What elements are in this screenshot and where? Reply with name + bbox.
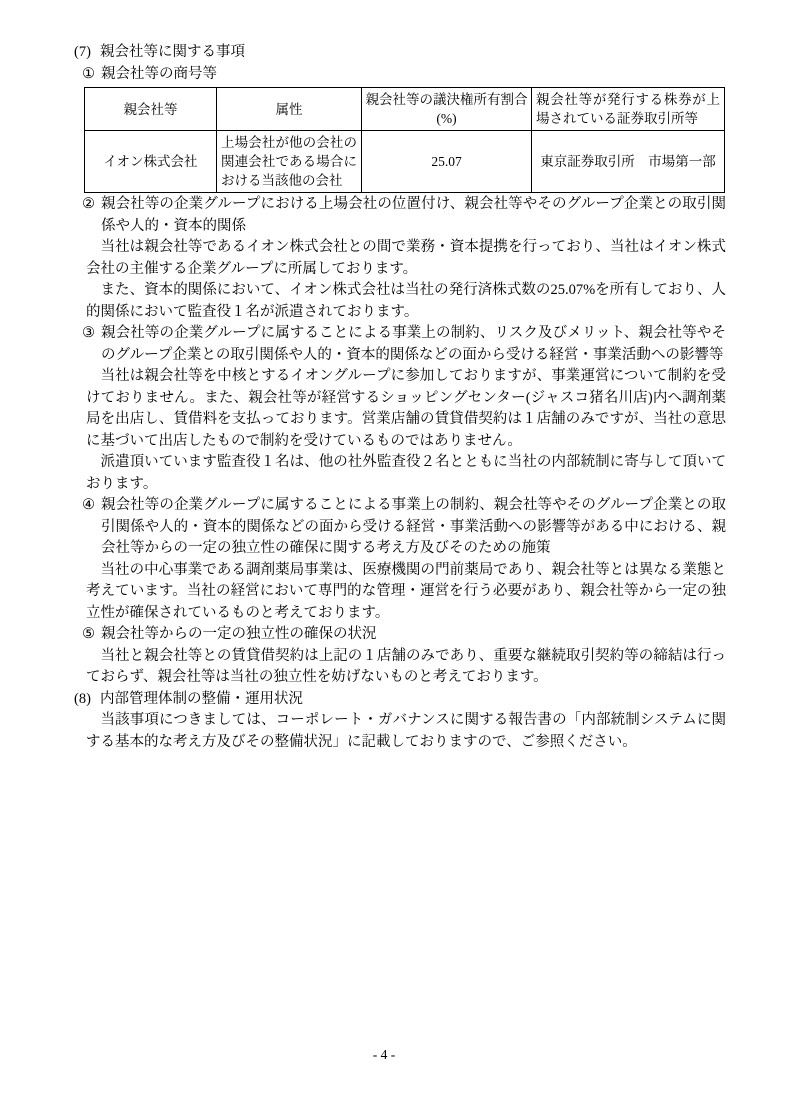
item-3-paragraph-2: 派遣頂いています監査役１名は、他の社外監査役２名とともに当社の内部統制に寄与して… (86, 452, 726, 495)
section-8-paragraph-1: 当該事項につきましては、コーポレート・ガバナンスに関する報告書の「内部統制システ… (86, 710, 726, 753)
item-2-title: 親会社等の企業グループにおける上場会社の位置付け、親会社等やそのグループ企業との… (101, 196, 726, 234)
item-4-number: ④ (82, 495, 95, 517)
header-voting-ratio-line2: (%) (436, 111, 456, 126)
item-3-heading: ③ 親会社等の企業グループに属することによる事業上の制約、リスク及びメリット、親… (82, 323, 726, 366)
item-2-number: ② (82, 194, 95, 216)
item-1-title: 親会社等の商号等 (101, 66, 217, 82)
cell-attribute: 上場会社が他の会社の関連会社である場合における当該他の会社 (217, 131, 362, 193)
item-1-number: ① (82, 64, 95, 86)
cell-parent-company: イオン株式会社 (85, 131, 217, 193)
item-4-title: 親会社等の企業グループに属することによる事業上の制約、親会社等やそのグループ企業… (101, 497, 726, 556)
item-2-paragraph-1: 当社は親会社等であるイオン株式会社との間で業務・資本提携を行っており、当社はイオ… (86, 237, 726, 280)
item-2-heading: ② 親会社等の企業グループにおける上場会社の位置付け、親会社等やそのグループ企業… (82, 194, 726, 237)
section-8-number: (8) (74, 689, 91, 711)
header-exchange: 親会社等が発行する株券が上場されている証券取引所等 (532, 88, 725, 131)
section-7-title: 親会社等に関する事項 (100, 44, 245, 60)
header-voting-ratio: 親会社等の議決権所有割合 (%) (362, 88, 532, 131)
cell-voting-ratio: 25.07 (362, 131, 532, 193)
table-header-row: 親会社等 属性 親会社等の議決権所有割合 (%) 親会社等が発行する株券が上場さ… (85, 88, 725, 131)
header-voting-ratio-line1: 親会社等の議決権所有割合 (366, 92, 528, 107)
item-3-number: ③ (82, 323, 95, 345)
item-5-number: ⑤ (82, 624, 95, 646)
item-5-heading: ⑤ 親会社等からの一定の独立性の確保の状況 (82, 624, 726, 646)
item-3-paragraph-1: 当社は親会社等を中核とするイオングループに参加しておりますが、事業運営について制… (86, 366, 726, 452)
item-5-paragraph-1: 当社と親会社等との賃貸借契約は上記の１店舗のみであり、重要な継続取引契約等の締結… (86, 646, 726, 689)
item-5-title: 親会社等からの一定の独立性の確保の状況 (101, 626, 377, 642)
item-4-heading: ④ 親会社等の企業グループに属することによる事業上の制約、親会社等やそのグループ… (82, 495, 726, 560)
document-body: (7) 親会社等に関する事項 ① 親会社等の商号等 親会社等 属性 親会社等の議… (74, 42, 726, 753)
item-3-title: 親会社等の企業グループに属することによる事業上の制約、リスク及びメリット、親会社… (101, 325, 726, 363)
section-8-heading: (8) 内部管理体制の整備・運用状況 (74, 689, 726, 711)
header-parent-company: 親会社等 (85, 88, 217, 131)
document-page: (7) 親会社等に関する事項 ① 親会社等の商号等 親会社等 属性 親会社等の議… (0, 0, 790, 1118)
section-8-title: 内部管理体制の整備・運用状況 (100, 691, 303, 707)
page-number: - 4 - (0, 1044, 768, 1066)
item-2-paragraph-2: また、資本的関係において、イオン株式会社は当社の発行済株式数の25.07%を所有… (86, 280, 726, 323)
parent-company-table: 親会社等 属性 親会社等の議決権所有割合 (%) 親会社等が発行する株券が上場さ… (84, 87, 725, 193)
table-data-row: イオン株式会社 上場会社が他の会社の関連会社である場合における当該他の会社 25… (85, 131, 725, 193)
section-7-heading: (7) 親会社等に関する事項 (74, 42, 726, 64)
section-7-number: (7) (74, 42, 91, 64)
cell-exchange: 東京証券取引所 市場第一部 (532, 131, 725, 193)
item-1-heading: ① 親会社等の商号等 (82, 64, 726, 86)
header-attribute: 属性 (217, 88, 362, 131)
item-4-paragraph-1: 当社の中心事業である調剤薬局事業は、医療機関の門前薬局であり、親会社等とは異なる… (86, 560, 726, 625)
